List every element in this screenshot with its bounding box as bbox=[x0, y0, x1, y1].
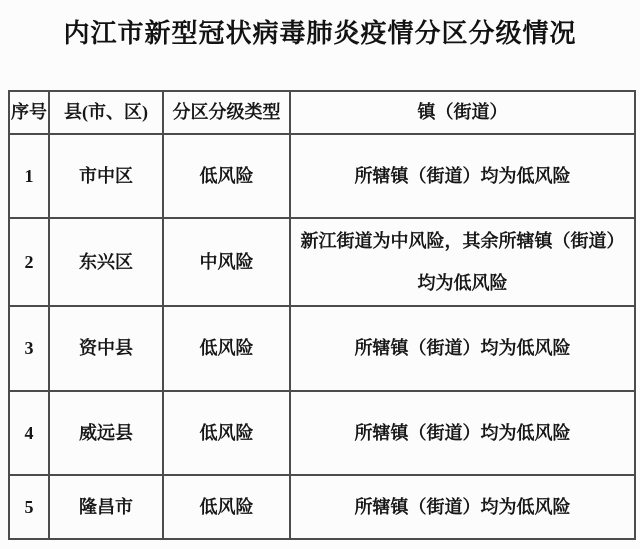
header-county: 县(市、区) bbox=[49, 91, 163, 134]
table-row: 3 资中县 低风险 所辖镇（街道）均为低风险 bbox=[9, 306, 635, 391]
row-number-cell: 1 bbox=[9, 134, 49, 218]
header-towns: 镇（街道） bbox=[290, 91, 635, 134]
towns-cell: 新江街道为中风险，其余所辖镇（街道）均为低风险 bbox=[290, 218, 635, 306]
towns-cell: 所辖镇（街道）均为低风险 bbox=[290, 391, 635, 475]
towns-cell: 所辖镇（街道）均为低风险 bbox=[290, 134, 635, 218]
header-serial-number: 序号 bbox=[9, 91, 49, 134]
risk-level-cell: 低风险 bbox=[163, 134, 290, 218]
risk-level-cell: 低风险 bbox=[163, 306, 290, 391]
table-row: 5 隆昌市 低风险 所辖镇（街道）均为低风险 bbox=[9, 475, 635, 539]
page-title: 内江市新型冠状病毒肺炎疫情分区分级情况 bbox=[0, 13, 640, 50]
risk-level-cell: 中风险 bbox=[163, 218, 290, 306]
towns-cell: 所辖镇（街道）均为低风险 bbox=[290, 306, 635, 391]
county-cell: 东兴区 bbox=[49, 218, 163, 306]
table-row: 2 东兴区 中风险 新江街道为中风险，其余所辖镇（街道）均为低风险 bbox=[9, 218, 635, 306]
table-header-row: 序号 县(市、区) 分区分级类型 镇（街道） bbox=[9, 91, 635, 134]
table-row: 4 威远县 低风险 所辖镇（街道）均为低风险 bbox=[9, 391, 635, 475]
risk-level-table: 序号 县(市、区) 分区分级类型 镇（街道） 1 市中区 低风险 所辖镇（街道）… bbox=[8, 90, 636, 540]
towns-cell: 所辖镇（街道）均为低风险 bbox=[290, 475, 635, 539]
county-cell: 隆昌市 bbox=[49, 475, 163, 539]
header-risk-level: 分区分级类型 bbox=[163, 91, 290, 134]
row-number-cell: 2 bbox=[9, 218, 49, 306]
county-cell: 市中区 bbox=[49, 134, 163, 218]
county-cell: 威远县 bbox=[49, 391, 163, 475]
row-number-cell: 3 bbox=[9, 306, 49, 391]
row-number-cell: 5 bbox=[9, 475, 49, 539]
risk-level-cell: 低风险 bbox=[163, 475, 290, 539]
risk-level-cell: 低风险 bbox=[163, 391, 290, 475]
row-number-cell: 4 bbox=[9, 391, 49, 475]
table-row: 1 市中区 低风险 所辖镇（街道）均为低风险 bbox=[9, 134, 635, 218]
county-cell: 资中县 bbox=[49, 306, 163, 391]
